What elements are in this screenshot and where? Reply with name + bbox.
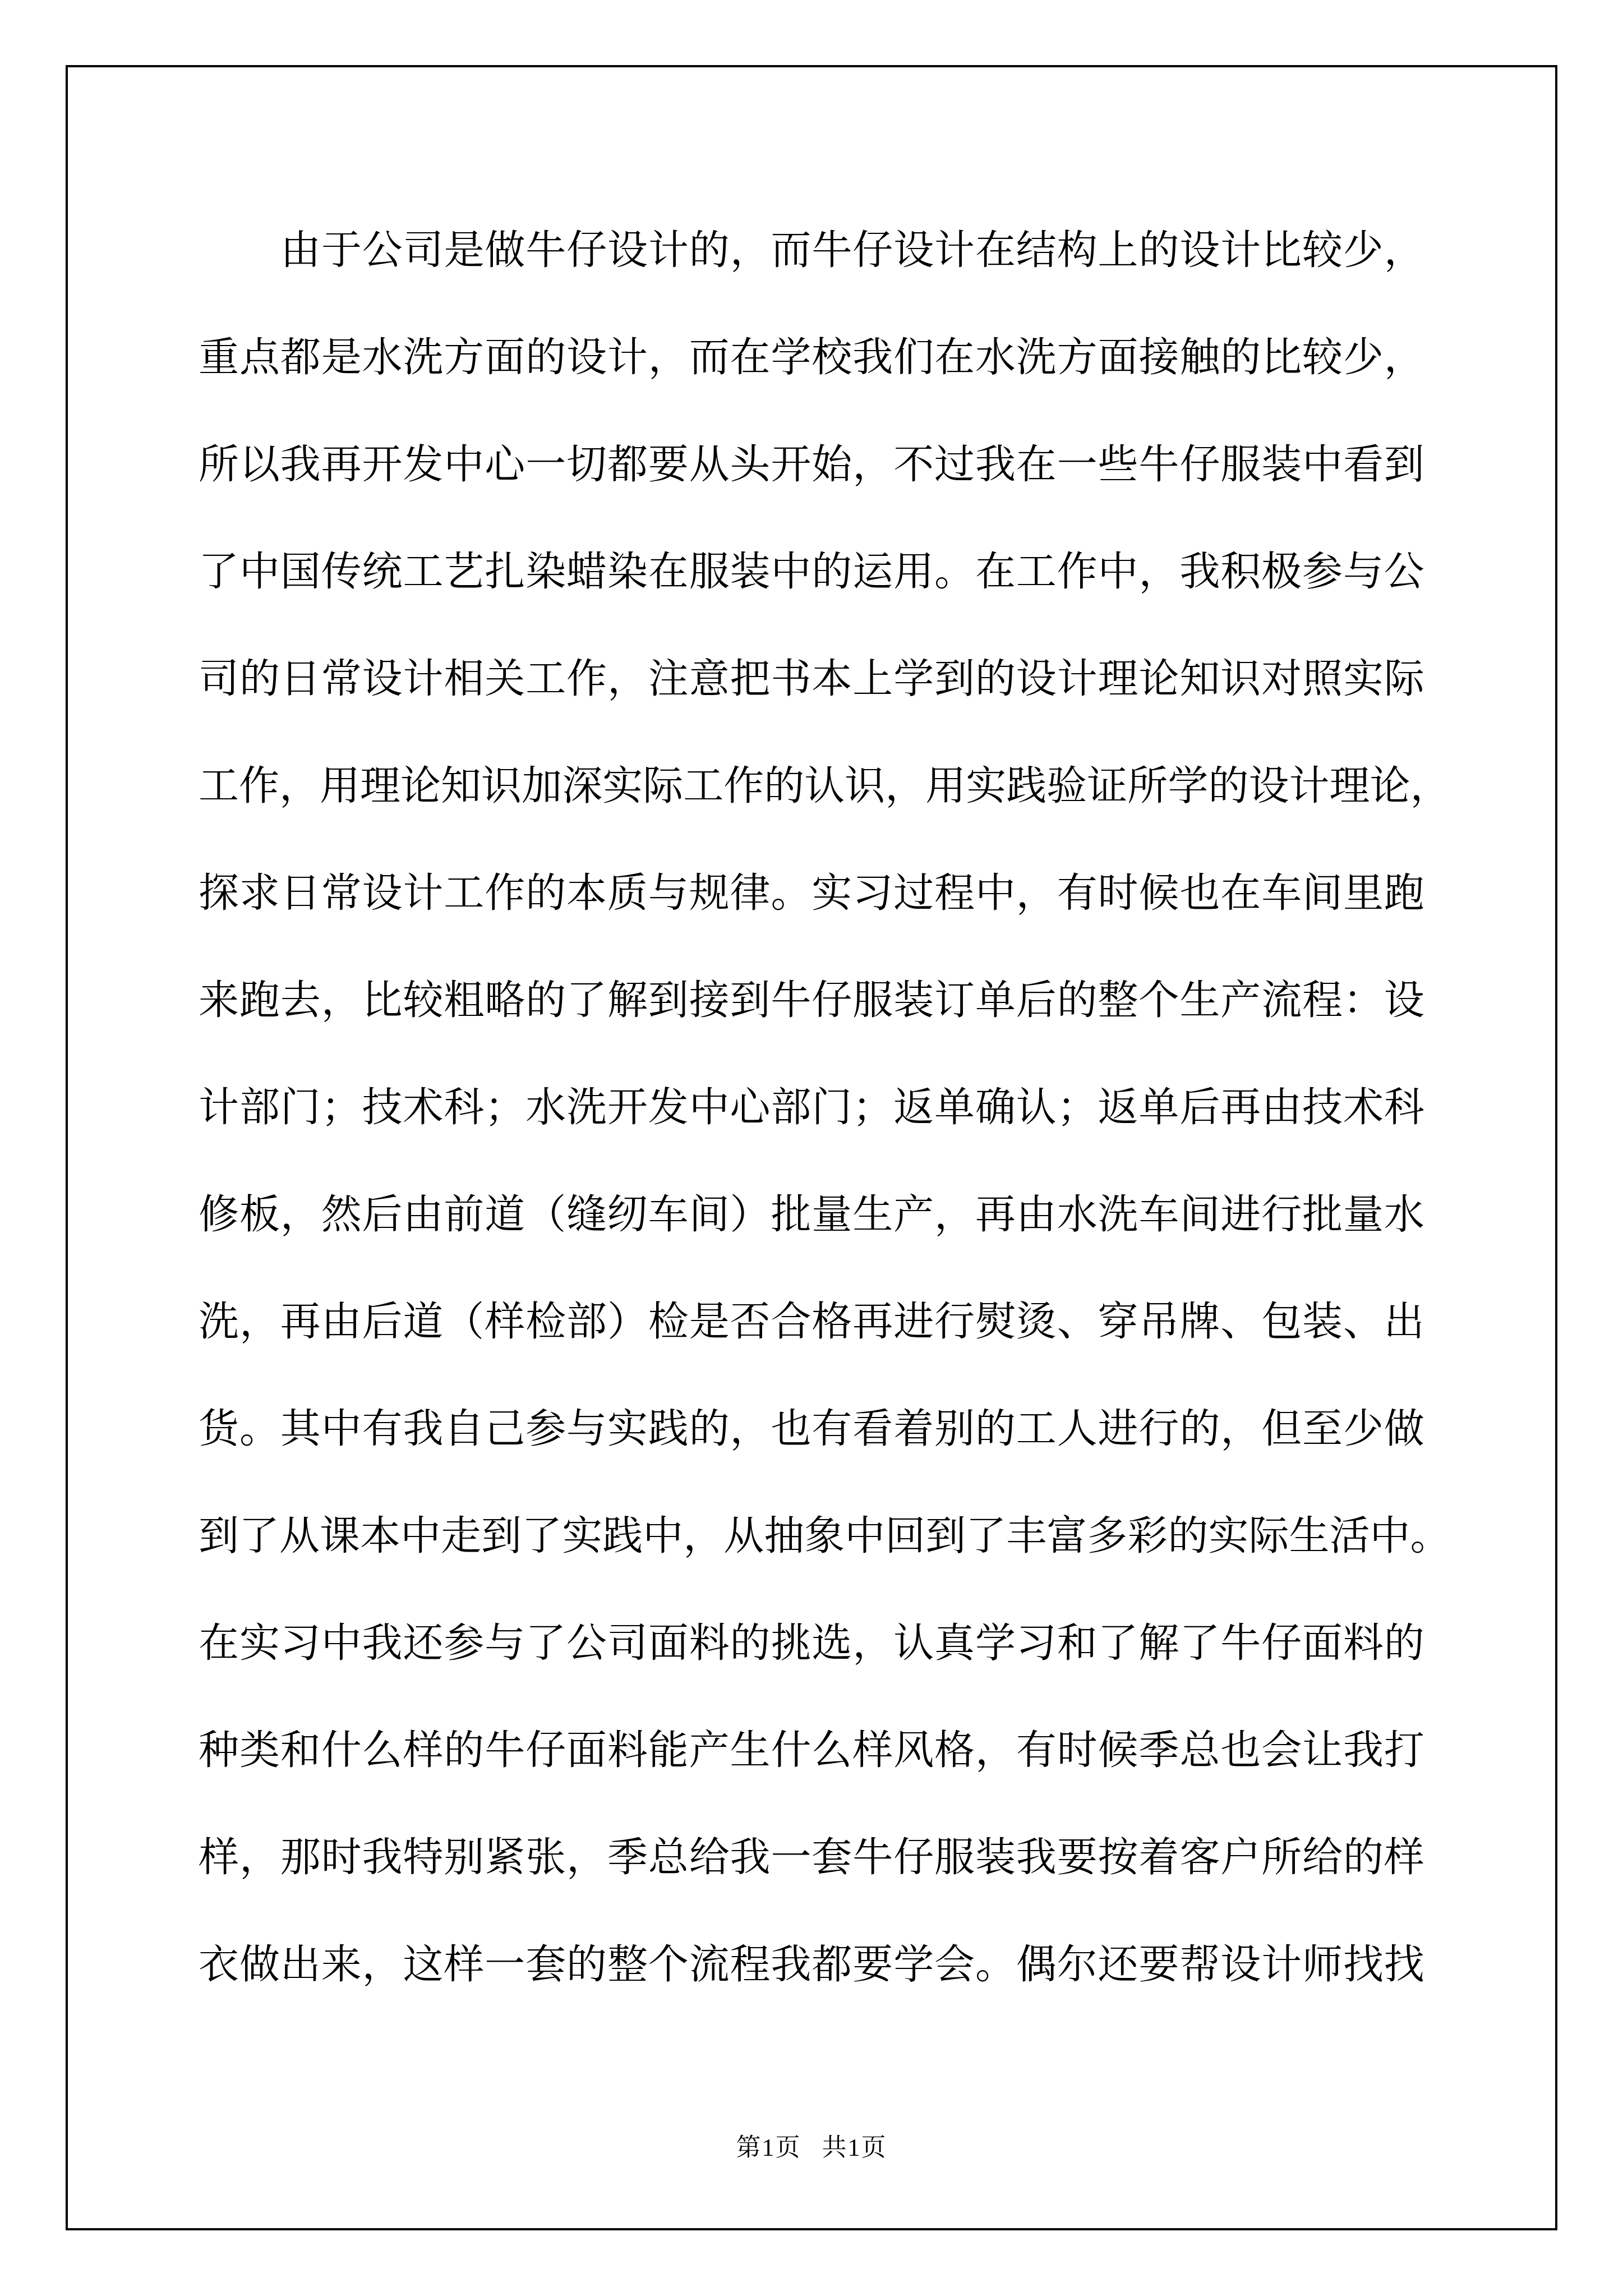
document-body: 由于公司是做牛仔设计的，而牛仔设计在结构上的设计比较少，重点都是水洗方面的设计，…: [199, 197, 1424, 2018]
text-line: 样，那时我特别紧张，季总给我一套牛仔服装我要按着客户所给的样: [199, 1804, 1424, 1911]
page-number-text: 第1页 共1页: [736, 2134, 887, 2161]
text-line: 所以我再开发中心一切都要从头开始，不过我在一些牛仔服装中看到: [199, 411, 1424, 518]
text-line: 衣做出来，这样一套的整个流程我都要学会。偶尔还要帮设计师找找: [199, 1911, 1424, 2018]
text-line: 司的日常设计相关工作，注意把书本上学到的设计理论知识对照实际: [199, 625, 1424, 733]
text-line: 探求日常设计工作的本质与规律。实习过程中，有时候也在车间里跑: [199, 840, 1424, 947]
text-line: 来跑去，比较粗略的了解到接到牛仔服装订单后的整个生产流程：设: [199, 947, 1424, 1054]
text-line: 洗，再由后道（样检部）检是否合格再进行熨烫、穿吊牌、包装、出: [199, 1268, 1424, 1375]
text-line: 由于公司是做牛仔设计的，而牛仔设计在结构上的设计比较少，: [199, 197, 1424, 304]
text-line: 种类和什么样的牛仔面料能产生什么样风格，有时候季总也会让我打: [199, 1697, 1424, 1804]
text-line: 计部门；技术科；水洗开发中心部门；返单确认；返单后再由技术科: [199, 1054, 1424, 1161]
text-line: 到了从课本中走到了实践中，从抽象中回到了丰富多彩的实际生活中。: [199, 1483, 1424, 1590]
text-line: 工作，用理论知识加深实际工作的认识，用实践验证所学的设计理论，: [199, 733, 1424, 840]
page-footer: 第1页 共1页: [0, 2127, 1623, 2163]
text-line: 重点都是水洗方面的设计，而在学校我们在水洗方面接触的比较少，: [199, 304, 1424, 411]
text-line: 在实习中我还参与了公司面料的挑选，认真学习和了解了牛仔面料的: [199, 1590, 1424, 1697]
text-line: 货。其中有我自己参与实践的，也有看着别的工人进行的，但至少做: [199, 1375, 1424, 1483]
text-line: 了中国传统工艺扎染蜡染在服装中的运用。在工作中，我积极参与公: [199, 518, 1424, 625]
document-page: 由于公司是做牛仔设计的，而牛仔设计在结构上的设计比较少，重点都是水洗方面的设计，…: [0, 0, 1623, 2296]
text-line: 修板，然后由前道（缝纫车间）批量生产，再由水洗车间进行批量水: [199, 1161, 1424, 1268]
